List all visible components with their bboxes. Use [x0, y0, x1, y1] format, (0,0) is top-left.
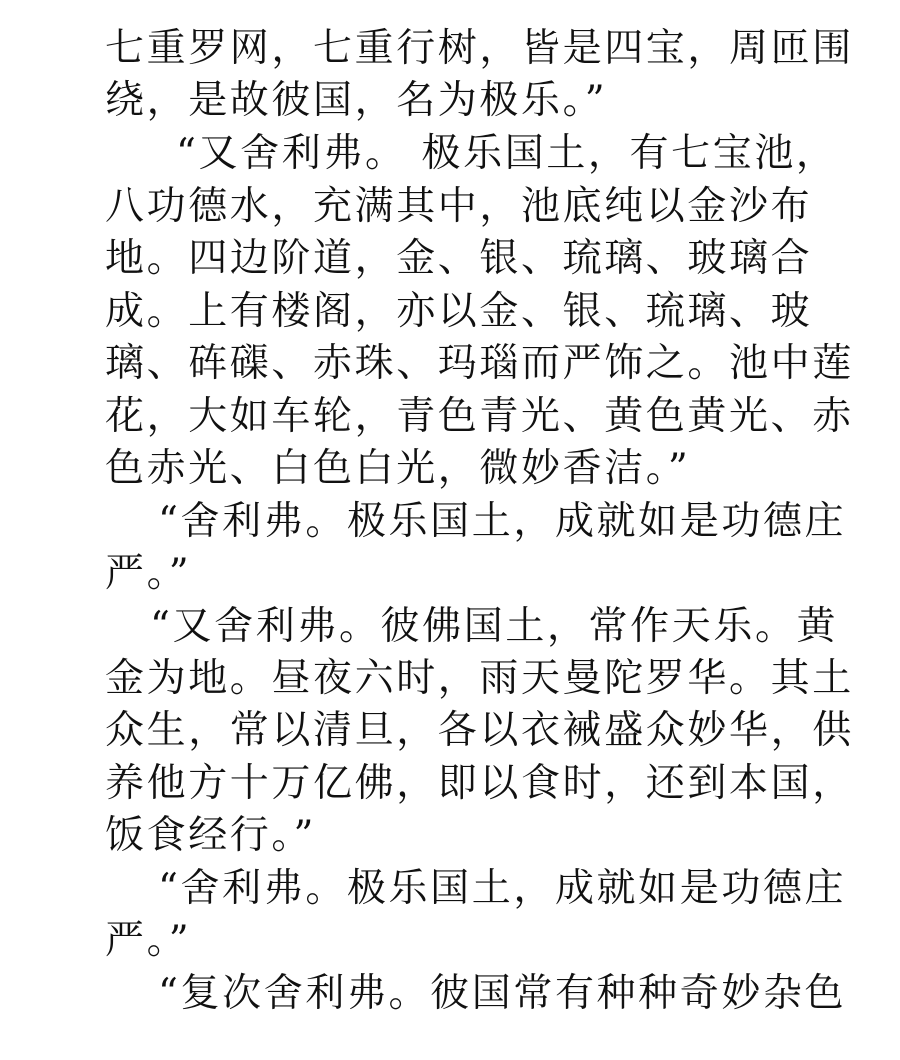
text-line: “又舍利弗。彼佛国土，常作天乐。黄	[150, 604, 838, 650]
text-line: 花，大如车轮，青色青光、黄色黄光、赤	[105, 394, 854, 440]
text-line: 八功德水，充满其中，池底纯以金沙布	[105, 184, 812, 230]
text-line: 绕，是故彼国，名为极乐。”	[105, 78, 607, 124]
text-line: “舍利弗。极乐国土，成就如是功德庄	[158, 866, 846, 912]
text-line: 金为地。昼夜六时，雨天曼陀罗华。其土	[105, 656, 854, 702]
document-page: 七重罗网，七重行树，皆是四宝，周匝围 绕，是故彼国，名为极乐。” “又舍利弗。 …	[0, 0, 900, 1060]
text-line: 地。四边阶道，金、银、琉璃、玻璃合	[105, 236, 812, 282]
text-line: 饭食经行。”	[105, 813, 316, 859]
text-line: 养他方十万亿佛，即以食时，还到本国，	[105, 761, 854, 807]
text-line: “又舍利弗。 极乐国土，有七宝池，	[176, 131, 838, 177]
text-line: 璃、砗磲、赤珠、玛瑙而严饰之。池中莲	[105, 341, 854, 387]
text-line: 色赤光、白色白光，微妙香洁。”	[105, 446, 690, 492]
text-line: “复次舍利弗。彼国常有种种奇妙杂色	[158, 971, 846, 1017]
text-line: 成。上有楼阁，亦以金、银、琉璃、玻	[105, 289, 812, 335]
text-line: 严。”	[105, 551, 191, 597]
text-line: 众生，常以清旦，各以衣裓盛众妙华，供	[105, 708, 854, 754]
text-line: 七重罗网，七重行树，皆是四宝，周匝围	[105, 26, 854, 72]
text-line: 严。”	[105, 918, 191, 964]
text-line: “舍利弗。极乐国土，成就如是功德庄	[158, 499, 846, 545]
